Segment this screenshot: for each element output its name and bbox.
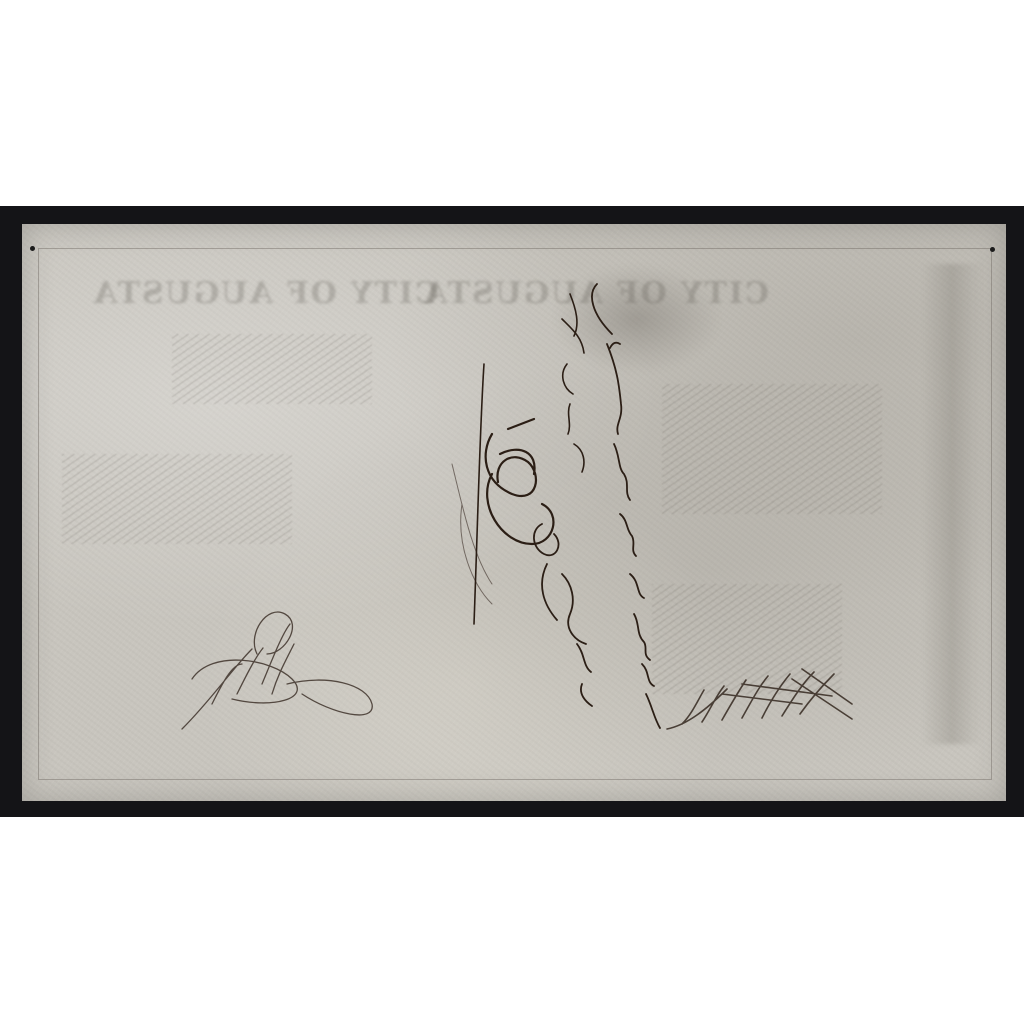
handwriting-transcript: Transferred to Mrs Anna Lee Ghzer ... J.… bbox=[0, 0, 1, 1]
document-paper: CITY OF AUGUSTA CITY OF AUGUSTA bbox=[22, 224, 1006, 801]
handwriting-ink bbox=[22, 224, 1006, 801]
endorsement-line-1: Transferred to Mrs Anna Lee bbox=[0, 0, 1, 1]
